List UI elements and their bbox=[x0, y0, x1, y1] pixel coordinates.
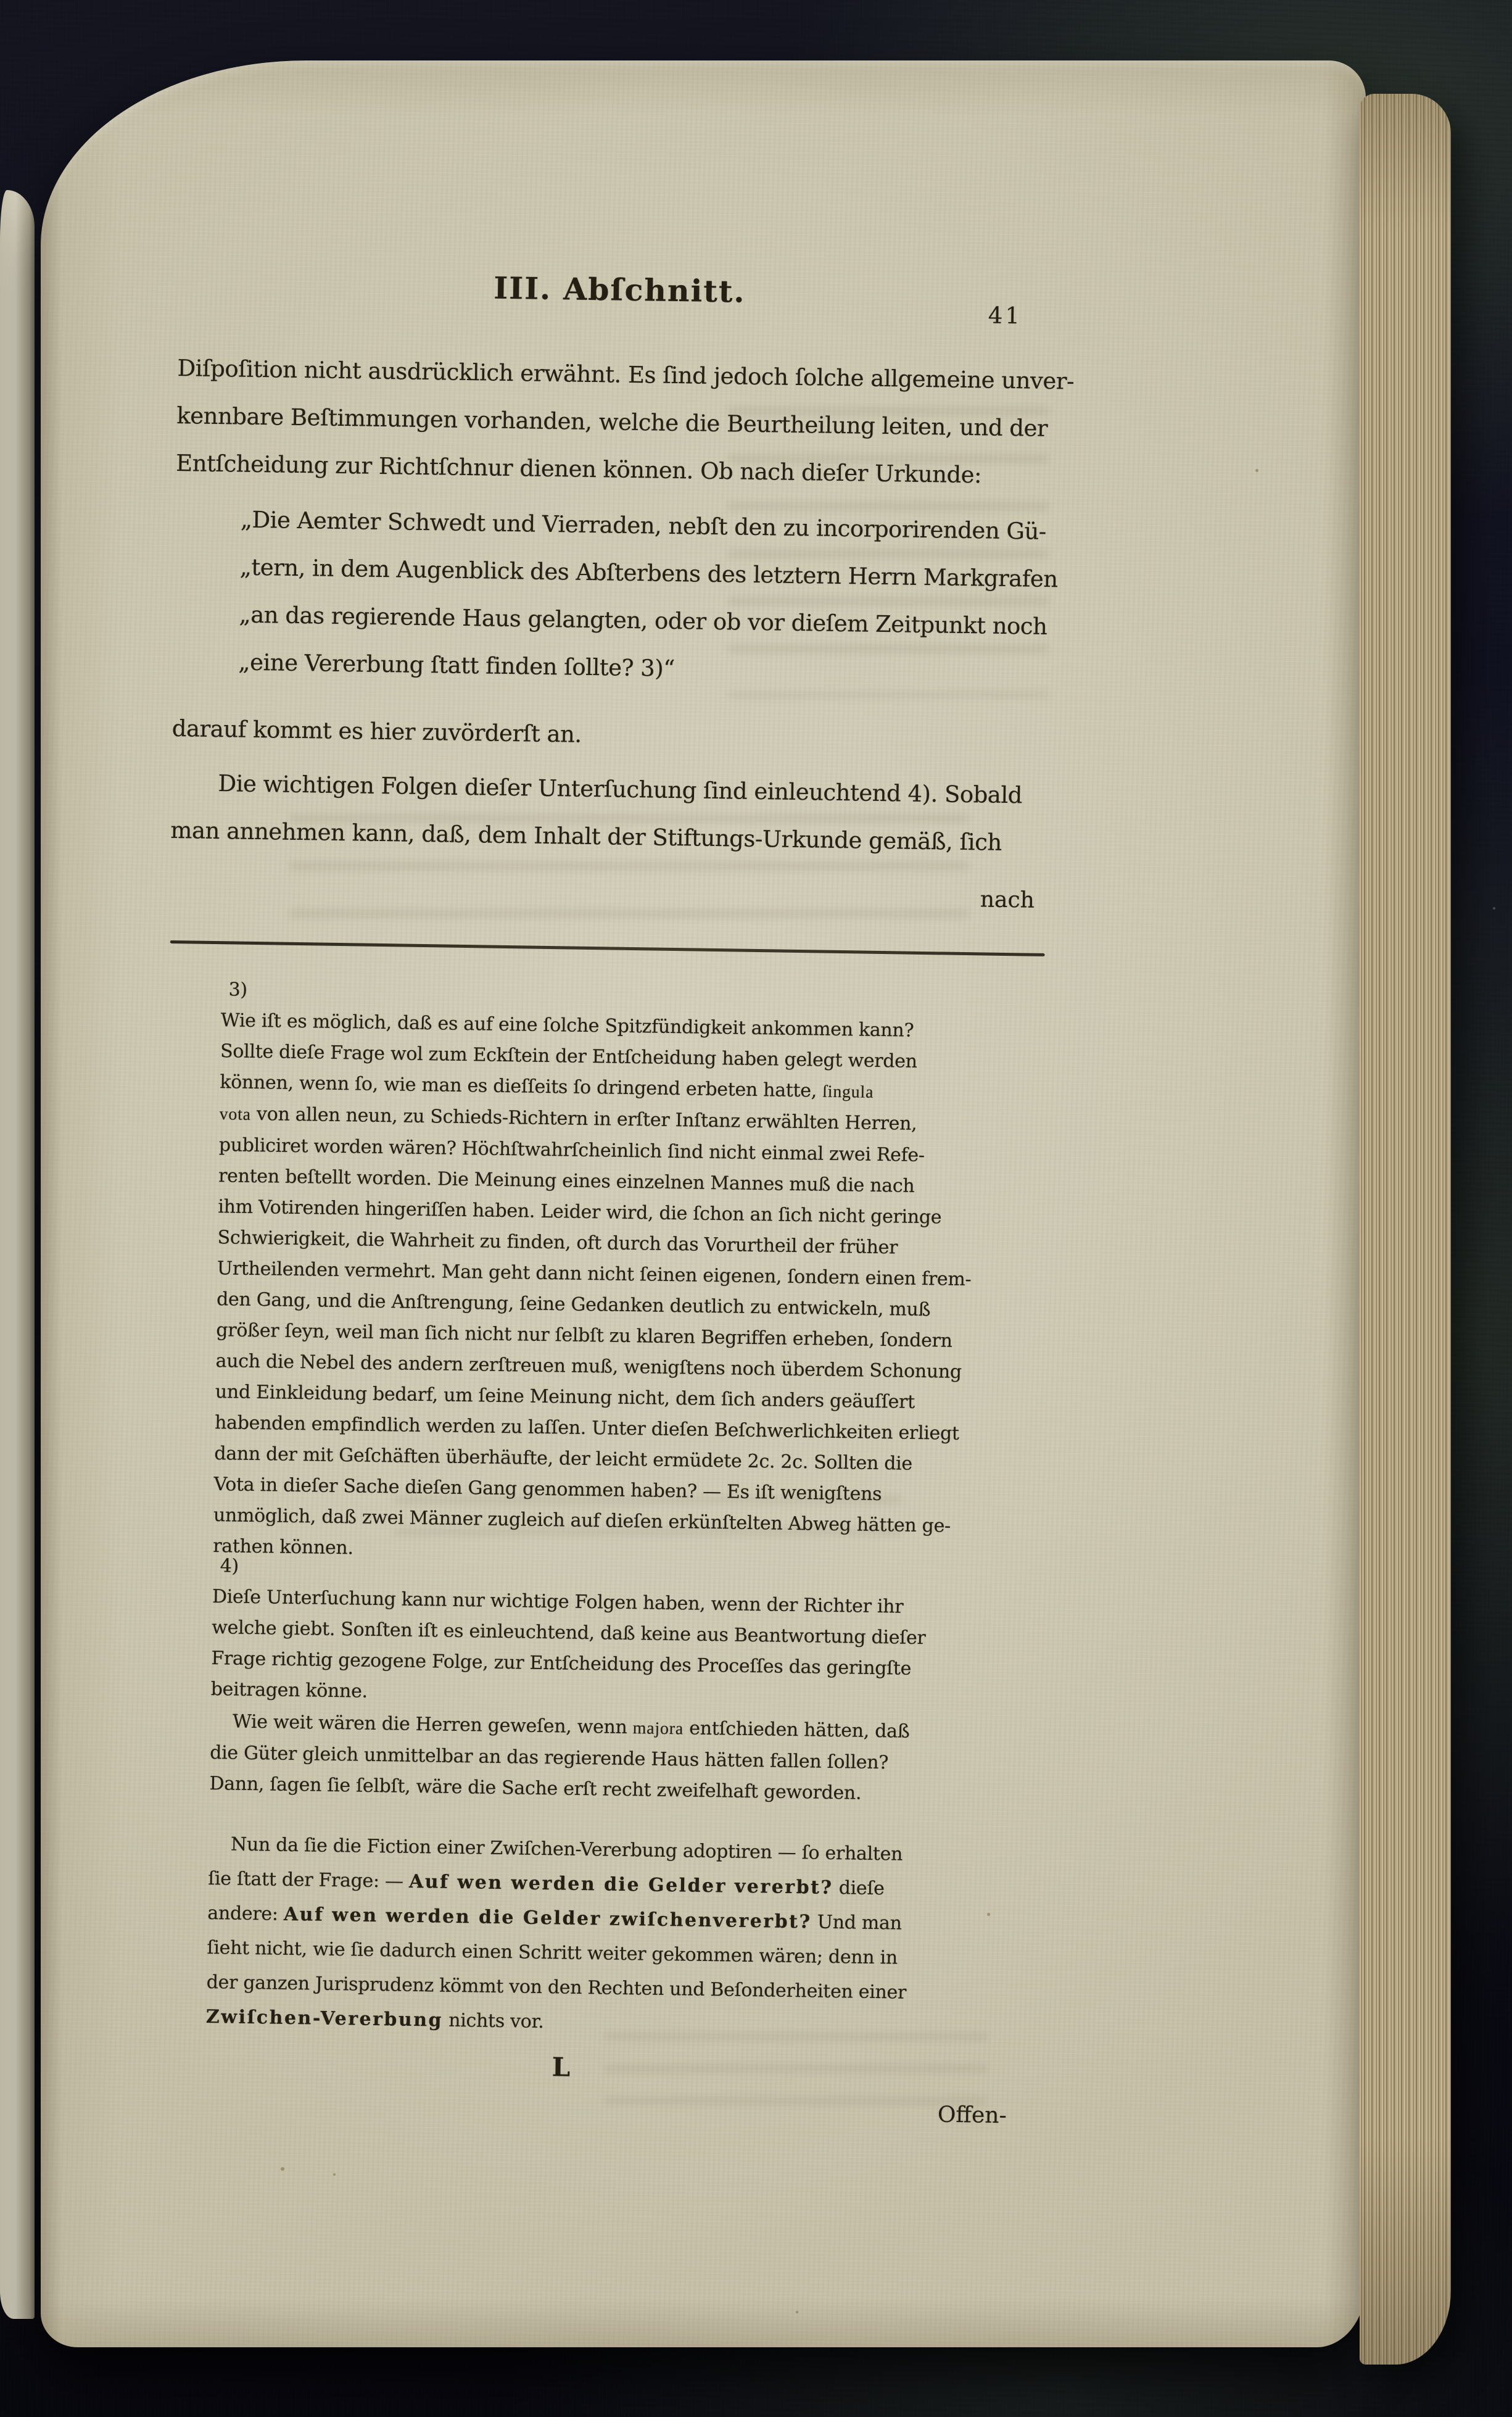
foxing-spot bbox=[281, 2167, 284, 2171]
paragraph: darauf kommt es hier zuvörderſt an. bbox=[171, 705, 582, 758]
footnote-4: 4) Dieſe Unterſuchung kann nur wichtige … bbox=[157, 1550, 1095, 1718]
facing-page-edge bbox=[0, 190, 35, 2319]
foxing-spot bbox=[333, 2173, 336, 2176]
paragraph: Die wichtigen Folgen dieſer Unterſuchung… bbox=[170, 759, 1023, 866]
footnote-label: 4) bbox=[220, 1555, 239, 1577]
block-quote: „Die Aemter Schwedt und Vierraden, nebſt… bbox=[238, 496, 1059, 699]
footnote-separator-rule bbox=[170, 940, 1045, 956]
text-line: darauf kommt es hier zuvörderſt an. bbox=[171, 705, 582, 758]
page-edges-stack bbox=[1360, 94, 1451, 2365]
footnote-4-paragraph: Wie weit wären die Herren geweſen, wenn … bbox=[156, 1706, 1093, 1812]
catchword-bottom: Offen- bbox=[938, 2102, 1007, 2129]
catchword-mid: nach bbox=[980, 887, 1035, 913]
page-text: III. Abſchnitt. 41 Diſpoſition nicht aus… bbox=[151, 265, 1061, 2148]
footnote-3: 3) Wie iſt es möglich, daß es auf eine ſ… bbox=[160, 974, 1104, 1575]
paragraph: Diſpoſition nicht ausdrücklich erwähnt. … bbox=[176, 344, 1075, 500]
footnote-label: 3) bbox=[228, 979, 247, 1000]
page-number: 41 bbox=[988, 302, 1023, 329]
footnote-4-paragraph: Nun da ſie die Fiction einer Zwiſchen-Ve… bbox=[152, 1826, 1091, 2047]
signature-mark: L bbox=[552, 2052, 570, 2082]
foxing-spot bbox=[796, 2311, 798, 2313]
dust-speck bbox=[1493, 907, 1495, 910]
foxing-spot bbox=[1255, 469, 1258, 472]
